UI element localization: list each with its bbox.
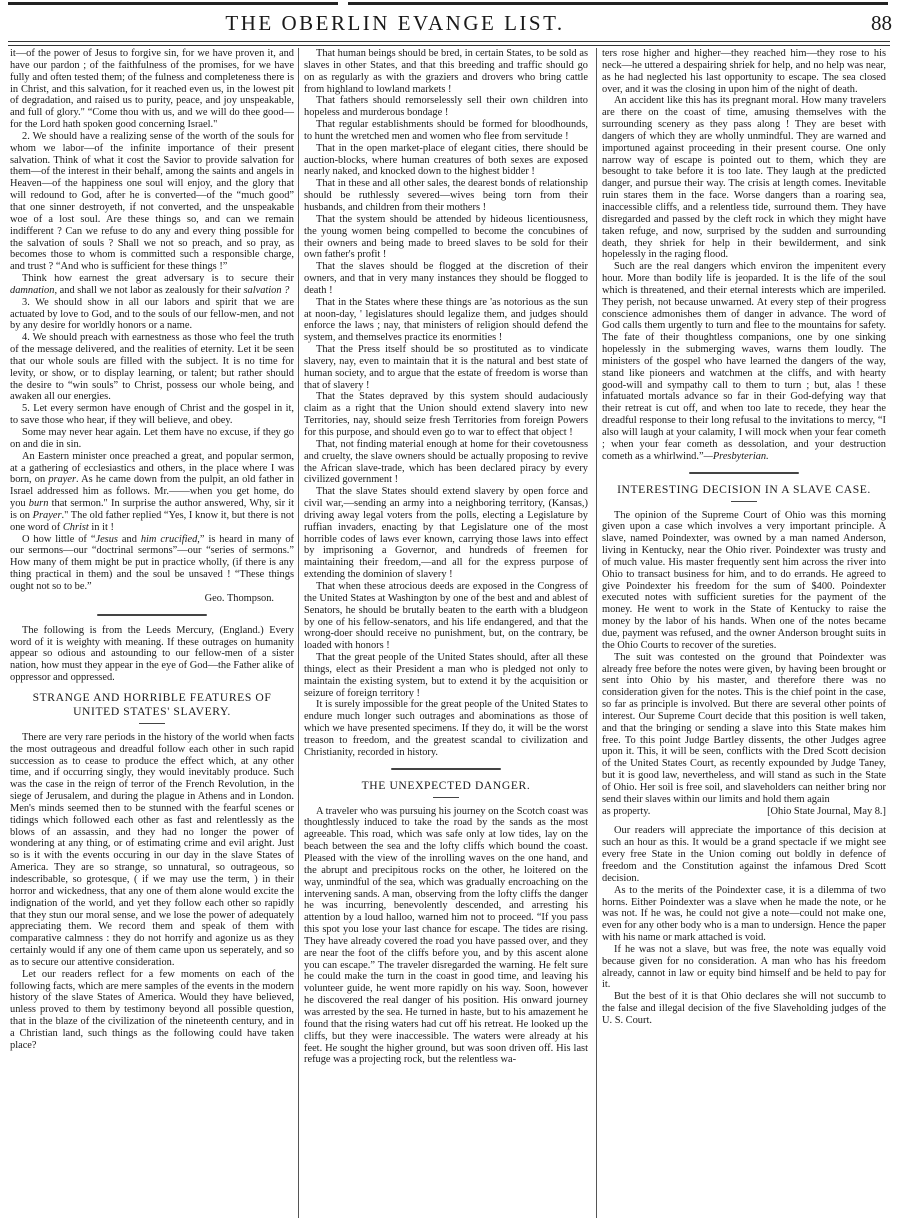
article-heading: INTERESTING DECISION IN A SLAVE CASE. [602,483,886,497]
source-attribution: —Presbyterian. [704,451,769,462]
paragraph: An accident like this has its pregnant m… [602,95,886,261]
paragraph: The opinion of the Supreme Court of Ohio… [602,510,886,652]
paragraph: Some may never hear again. Let them have… [10,427,294,451]
page-number: 88 [871,11,892,36]
paragraph: 5. Let every sermon have enough of Chris… [10,403,294,427]
column-3: ters rose higher and higher—they reached… [602,48,886,1027]
heading-rule [433,797,459,798]
top-rule-right [348,2,888,5]
heading-line: STRANGE AND HORRIBLE FEATURES OF [10,691,294,705]
paragraph: That fathers should remorselessly sell t… [304,95,588,119]
column-2: That human beings should be bred, in cer… [304,48,588,1066]
paragraph: Think how earnest the great adversary is… [10,273,294,297]
heading-rule [731,501,757,502]
paragraph: That human beings should be bred, in cer… [304,48,588,95]
paragraph: That the system should be attended by hi… [304,214,588,261]
text: O how little of “ [22,534,95,545]
paragraph: That when these atrocious deeds are expo… [304,581,588,652]
paragraph: That, not finding material enough at hom… [304,439,588,486]
text: , and shall we not labor as zealously fo… [54,285,243,296]
paragraph: O how little of “Jesus and him crucified… [10,534,294,593]
masthead-double-rule [8,41,890,46]
paragraph: That the Press itself should be so prost… [304,344,588,391]
paragraph: An Eastern minister once preached a grea… [10,451,294,534]
paragraph: That regular establishments should be fo… [304,119,588,143]
text: in it ! [89,522,114,533]
paragraph: 4. We should preach with earnestness as … [10,332,294,403]
emphasis: salvation ? [243,285,289,296]
column-1: it—of the power of Jesus to forgive sin,… [10,48,294,1052]
top-rule-left [8,2,338,5]
section-separator [97,614,207,616]
emphasis: Jesus [95,534,118,545]
section-separator [391,768,501,770]
paragraph: There are very rare periods in the histo… [10,732,294,969]
text: Such are the real dangers which environ … [602,261,886,462]
emphasis: Prayer [33,510,62,521]
paragraph: The suit was contested on the ground tha… [602,652,886,806]
section-separator [689,472,799,474]
paragraph: That in the States where these things ar… [304,297,588,344]
emphasis: damnation [10,285,54,296]
heading-rule [139,723,165,724]
article-heading: STRANGE AND HORRIBLE FEATURES OF UNITED … [10,691,294,719]
paragraph: That the slaves should be flogged at the… [304,261,588,297]
text: and [118,534,141,545]
paragraph: If he was not a slave, but was free, the… [602,944,886,991]
emphasis: prayer [48,474,76,485]
intro-paragraph: The following is from the Leeds Mercury,… [10,625,294,684]
paragraph: That the slave States should extend slav… [304,486,588,581]
masthead: THE OBERLIN EVANGE LIST. 88 [0,0,900,44]
emphasis: burn [29,498,49,509]
text: Think how earnest the great adversary is… [22,273,294,284]
paragraph: As to the merits of the Poindexter case,… [602,885,886,944]
paragraph: It is surely impossible for the great pe… [304,699,588,758]
emphasis: Christ [63,522,89,533]
paragraph: Let our readers reflect for a few moment… [10,969,294,1052]
paragraph: 3. We should show in all our labors and … [10,297,294,333]
paragraph: 2. We should have a realizing sense of t… [10,131,294,273]
column-divider [596,48,597,1218]
heading-line: UNITED STATES' SLAVERY. [10,705,294,719]
column-divider [298,48,299,1218]
paragraph: That in the open market-place of elegant… [304,143,588,179]
paragraph: That in these and all other sales, the d… [304,178,588,214]
article-heading: THE UNEXPECTED DANGER. [304,779,588,793]
paragraph: ters rose higher and higher—they reached… [602,48,886,95]
source-citation: [Ohio State Journal, May 8.] [767,806,886,818]
paragraph: it—of the power of Jesus to forgive sin,… [10,48,294,131]
citation-line: as property.[Ohio State Journal, May 8.] [602,806,886,818]
signature: Geo. Thompson. [10,593,294,605]
paragraph: That the States depraved by this system … [304,391,588,438]
paragraph: Our readers will appreciate the importan… [602,825,886,884]
paragraph: Such are the real dangers which environ … [602,261,886,462]
text: as property. [602,806,650,818]
emphasis: him crucified [141,534,197,545]
paragraph: That the great people of the United Stat… [304,652,588,699]
newspaper-title: THE OBERLIN EVANGE LIST. [0,11,790,36]
spacer [602,817,886,825]
paragraph: A traveler who was pursuing his journey … [304,806,588,1067]
paragraph: But the best of it is that Ohio declares… [602,991,886,1027]
